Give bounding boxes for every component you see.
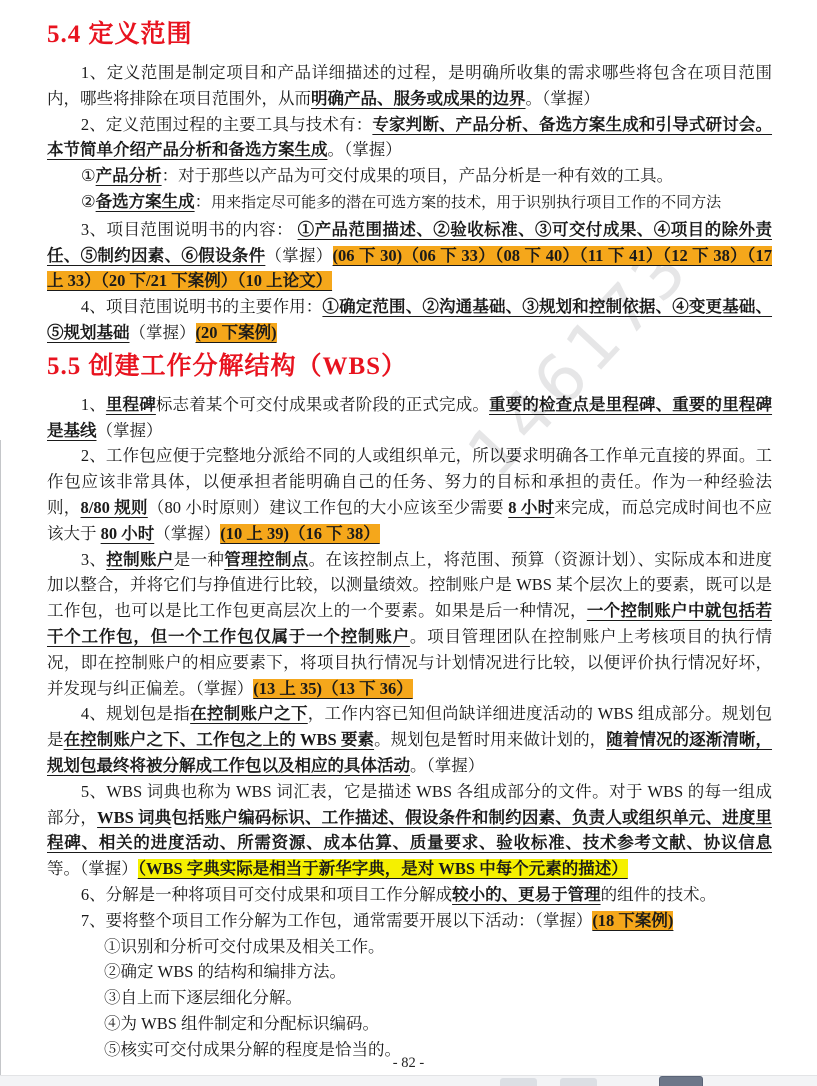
text-run: 4、规划包是指 — [81, 704, 190, 723]
paragraph: 1、定义范围是制定项目和产品详细描述的过程，是明确所收集的需求哪些将包含在项目范… — [47, 60, 772, 112]
text-run: 产品分析 — [96, 166, 162, 185]
paragraph: ③自上而下逐层细化分解。 — [104, 985, 772, 1011]
taskbar-item[interactable] — [560, 1078, 597, 1086]
exam-reference-highlight: (20 下案例) — [196, 323, 277, 342]
text-run: ：对于那些以产品为可交付成果的项目，产品分析是一种有效的工具。 — [162, 166, 674, 185]
text-run: （掌握） — [130, 323, 196, 342]
text-run: 80 小时 — [101, 524, 155, 543]
text-run: 4、项目范围说明书的主要作用： — [81, 297, 323, 316]
text-run: 明确产品、服务或成果的边界 — [311, 89, 526, 108]
text-run: 用来指定尽可能多的潜在可选方案的技术，用于识别执行项目工作的不同方法 — [211, 195, 721, 211]
text-run: ②确定 WBS 的结构和编排方法。 — [104, 962, 346, 981]
text-run: 是一种 — [174, 550, 225, 569]
page-edge-divider — [0, 440, 1, 1077]
taskbar-item[interactable] — [659, 1076, 703, 1086]
paragraph: 4、项目范围说明书的主要作用：①确定范围、②沟通基础、③规划和控制依据、④变更基… — [47, 294, 772, 346]
text-run: 。（掌握） — [328, 140, 402, 159]
text-run: 。规划包是暂时用来做计划的， — [374, 730, 606, 749]
page-number: - 82 - — [0, 1055, 817, 1072]
text-run: 。（掌握） — [410, 756, 484, 775]
text-run: 控制账户 — [106, 550, 173, 569]
text-run: 等。（掌握） — [47, 859, 138, 878]
text-run: 在控制账户之下、工作包之上的 WBS 要素 — [64, 730, 374, 749]
text-run: 在控制账户之下 — [190, 704, 308, 723]
text-run: 备选方案生成 — [96, 192, 195, 211]
text-run: ： — [195, 192, 212, 211]
text-run: 8/80 规则 — [81, 498, 148, 517]
exam-reference-highlight: （WBS 字典实际是相当于新华字典，是对 WBS 中每个元素的描述） — [138, 859, 628, 878]
text-run: 6、分解是一种将项目可交付成果和项目工作分解成 — [81, 885, 452, 904]
paragraph: 3、项目范围说明书的内容： ①产品范围描述、②验收标准、③可交付成果、④项目的除… — [47, 217, 772, 294]
paragraph: ①识别和分析可交付成果及相关工作。 — [104, 934, 772, 960]
document-body: 5.4 定义范围1、定义范围是制定项目和产品详细描述的过程，是明确所收集的需求哪… — [0, 0, 817, 1062]
taskbar-strip — [0, 1075, 817, 1086]
paragraph: ②备选方案生成：用来指定尽可能多的潜在可选方案的技术，用于识别执行项目工作的不同… — [47, 189, 772, 217]
text-run: 3、 — [81, 550, 106, 569]
text-run: ③自上而下逐层细化分解。 — [104, 988, 302, 1007]
paragraph: 1、里程碑标志着某个可交付成果或者阶段的正式完成。重要的检查点是里程碑、重要的里… — [47, 392, 772, 444]
paragraph: 5、WBS 词典也称为 WBS 词汇表，它是描述 WBS 各组成部分的文件。对于… — [47, 779, 772, 882]
text-run: （掌握） — [265, 246, 332, 265]
section-heading: 5.5 创建工作分解结构（WBS） — [47, 352, 772, 382]
paragraph: 2、定义范围过程的主要工具与技术有：专家判断、产品分析、备选方案生成和引导式研讨… — [47, 112, 772, 164]
text-run: （掌握） — [154, 524, 220, 543]
document-page: 146173 5.4 定义范围1、定义范围是制定项目和产品详细描述的过程，是明确… — [0, 0, 817, 1086]
text-run: 3、项目范围说明书的内容： — [81, 220, 298, 239]
paragraph: 4、规划包是指在控制账户之下，工作内容已知但尚缺详细进度活动的 WBS 组成部分… — [47, 701, 772, 778]
exam-reference-highlight: (18 下案例) — [592, 911, 673, 930]
text-run: 8 小时 — [508, 498, 554, 517]
paragraph: ④为 WBS 组件制定和分配标识编码。 — [104, 1011, 772, 1037]
section-heading: 5.4 定义范围 — [47, 20, 772, 50]
paragraph: 6、分解是一种将项目可交付成果和项目工作分解成较小的、更易于管理的组件的技术。 — [47, 882, 772, 908]
paragraph: ②确定 WBS 的结构和编排方法。 — [104, 959, 772, 985]
paragraph: 7、要将整个项目工作分解为工作包，通常需要开展以下活动：（掌握）(18 下案例) — [47, 908, 772, 934]
text-run: 包括 — [171, 808, 204, 827]
text-run: 7、要将整个项目工作分解为工作包，通常需要开展以下活动：（掌握） — [81, 911, 593, 930]
paragraph: 2、工作包应便于完整地分派给不同的人或组织单元，所以要求明确各工作单元直接的界面… — [47, 443, 772, 546]
text-run: 的组件的技术。 — [601, 885, 717, 904]
text-run: 管理控制点 — [224, 550, 308, 569]
text-run: 。（掌握） — [526, 89, 600, 108]
text-run: 1、 — [81, 395, 106, 414]
exam-reference-highlight: (13 上 35)（13 下 36） — [253, 679, 413, 698]
text-run: （80 小时原则）建议工作包的大小应该至少需要 — [148, 498, 508, 517]
text-run: 较小的、更易于管理 — [452, 885, 601, 904]
taskbar-item[interactable] — [500, 1078, 537, 1086]
text-run: WBS 词典 — [97, 808, 171, 827]
paragraph: 3、控制账户是一种管理控制点。在该控制点上，将范围、预算（资源计划）、实际成本和… — [47, 547, 772, 702]
text-run: 2、定义范围过程的主要工具与技术有： — [81, 115, 373, 134]
text-run: ④为 WBS 组件制定和分配标识编码。 — [104, 1014, 379, 1033]
text-run: ①识别和分析可交付成果及相关工作。 — [104, 937, 385, 956]
text-run: 标志着某个可交付成果或者阶段的正式完成。 — [156, 395, 489, 414]
text-run: ② — [81, 192, 96, 211]
exam-reference-highlight: (10 上 39)（16 下 38） — [220, 524, 380, 543]
text-run: ① — [81, 166, 96, 185]
paragraph: ①产品分析：对于那些以产品为可交付成果的项目，产品分析是一种有效的工具。 — [47, 163, 772, 189]
text-run: 里程碑 — [106, 395, 156, 414]
text-run: （掌握） — [97, 421, 163, 440]
